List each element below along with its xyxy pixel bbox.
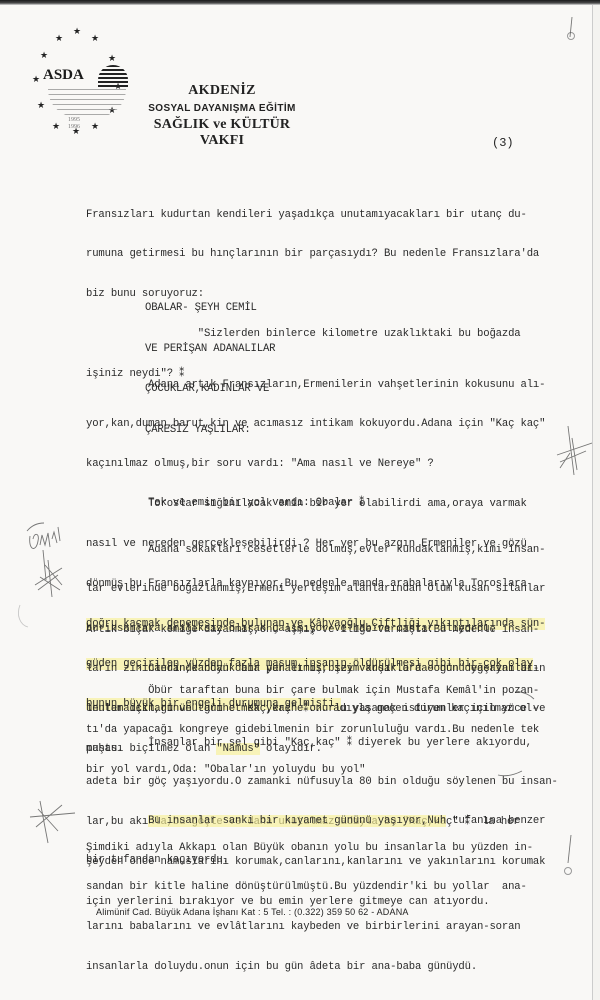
logo-year-start: 1995	[68, 117, 80, 124]
sun-icon	[98, 65, 128, 87]
star-icon: ★	[91, 123, 99, 132]
punch-hole-top	[567, 32, 575, 40]
logo-text: ASDA	[43, 67, 84, 84]
text-line: insanlarla doluydu.onun için bu gün âdet…	[86, 961, 586, 974]
star-icon: ★	[73, 28, 81, 37]
text-line: OBALAR- ŞEYH CEMİL	[145, 302, 600, 316]
text-line: Fransızları kudurtan kendileri yaşadıkça…	[86, 209, 586, 222]
text-line: yor,kan,duman,barut,kin ve acımasız inti…	[86, 418, 586, 431]
text-line: larını babalarını ve evlâtlarını kaybede…	[86, 921, 586, 934]
text-line: Öbür taraftan buna bir çare bulmak için …	[86, 685, 586, 698]
star-icon: ★	[40, 52, 48, 61]
star-icon: ★	[55, 35, 63, 44]
text-line: Şimdiki adıyla Akkapı olan Büyük obanın …	[86, 842, 586, 855]
text-line: kaçınılmaz olmuş,bir soru vardı: "Ama na…	[86, 458, 586, 471]
organization-name: AKDENİZ SOSYAL DAYANIŞMA EĞİTİM SAĞLIK v…	[132, 83, 312, 149]
text-line: Adana artık Fransızların,Ermenilerin vah…	[86, 379, 586, 392]
org-line-3: SAĞLIK ve KÜLTÜR VAKFI	[132, 117, 312, 149]
text-line: Adana sokakları cesetlerle dolmuş,evler …	[86, 544, 586, 557]
org-line-2: SOSYAL DAYANIŞMA EĞİTİM	[132, 103, 312, 114]
star-icon: ★	[52, 123, 60, 132]
star-icon: ★	[32, 76, 40, 85]
pencil-star-icon	[30, 801, 75, 843]
paragraph-3: Tek ve emin bir yol vardı: Obalar ⁑	[86, 497, 586, 510]
star-icon: ★	[108, 55, 116, 64]
text-line: İnsanlar bir sel gibi "Kaç,kaç" ⁑ diyere…	[86, 737, 586, 750]
page-number: (3)	[492, 136, 514, 150]
logo-years: 1995 1996	[68, 117, 80, 130]
text-line: lar evlerinde boğazlanmış,Ermeni yerleşi…	[86, 583, 586, 596]
handwritten-note-icon	[27, 523, 60, 548]
text-line: sandan bir kitle haline dönüştürülmüştü.…	[86, 881, 586, 894]
star-icon: ★	[91, 35, 99, 44]
star-icon: ★	[37, 102, 45, 111]
pencil-star-icon	[35, 560, 62, 597]
text-line: rumuna getirmesi bu hınçlarının bir parç…	[86, 248, 586, 261]
asda-logo: ★ ★ ★ ★ ★ ★ ★ ★ ★ ★ ★ ★ ASDA 1995 1996	[28, 27, 128, 137]
text-line: Artık bıçak kemiğe dayanmış,onu aşmış ve…	[86, 624, 586, 637]
footer-address: Alimünif Cad. Büyük Adana İşhanı Kat : 5…	[96, 907, 409, 917]
org-line-1: AKDENİZ	[132, 83, 312, 99]
document-page: ★ ★ ★ ★ ★ ★ ★ ★ ★ ★ ★ ★ ASDA 1995 1996 A…	[0, 5, 593, 1000]
logo-year-end: 1996	[68, 124, 80, 131]
